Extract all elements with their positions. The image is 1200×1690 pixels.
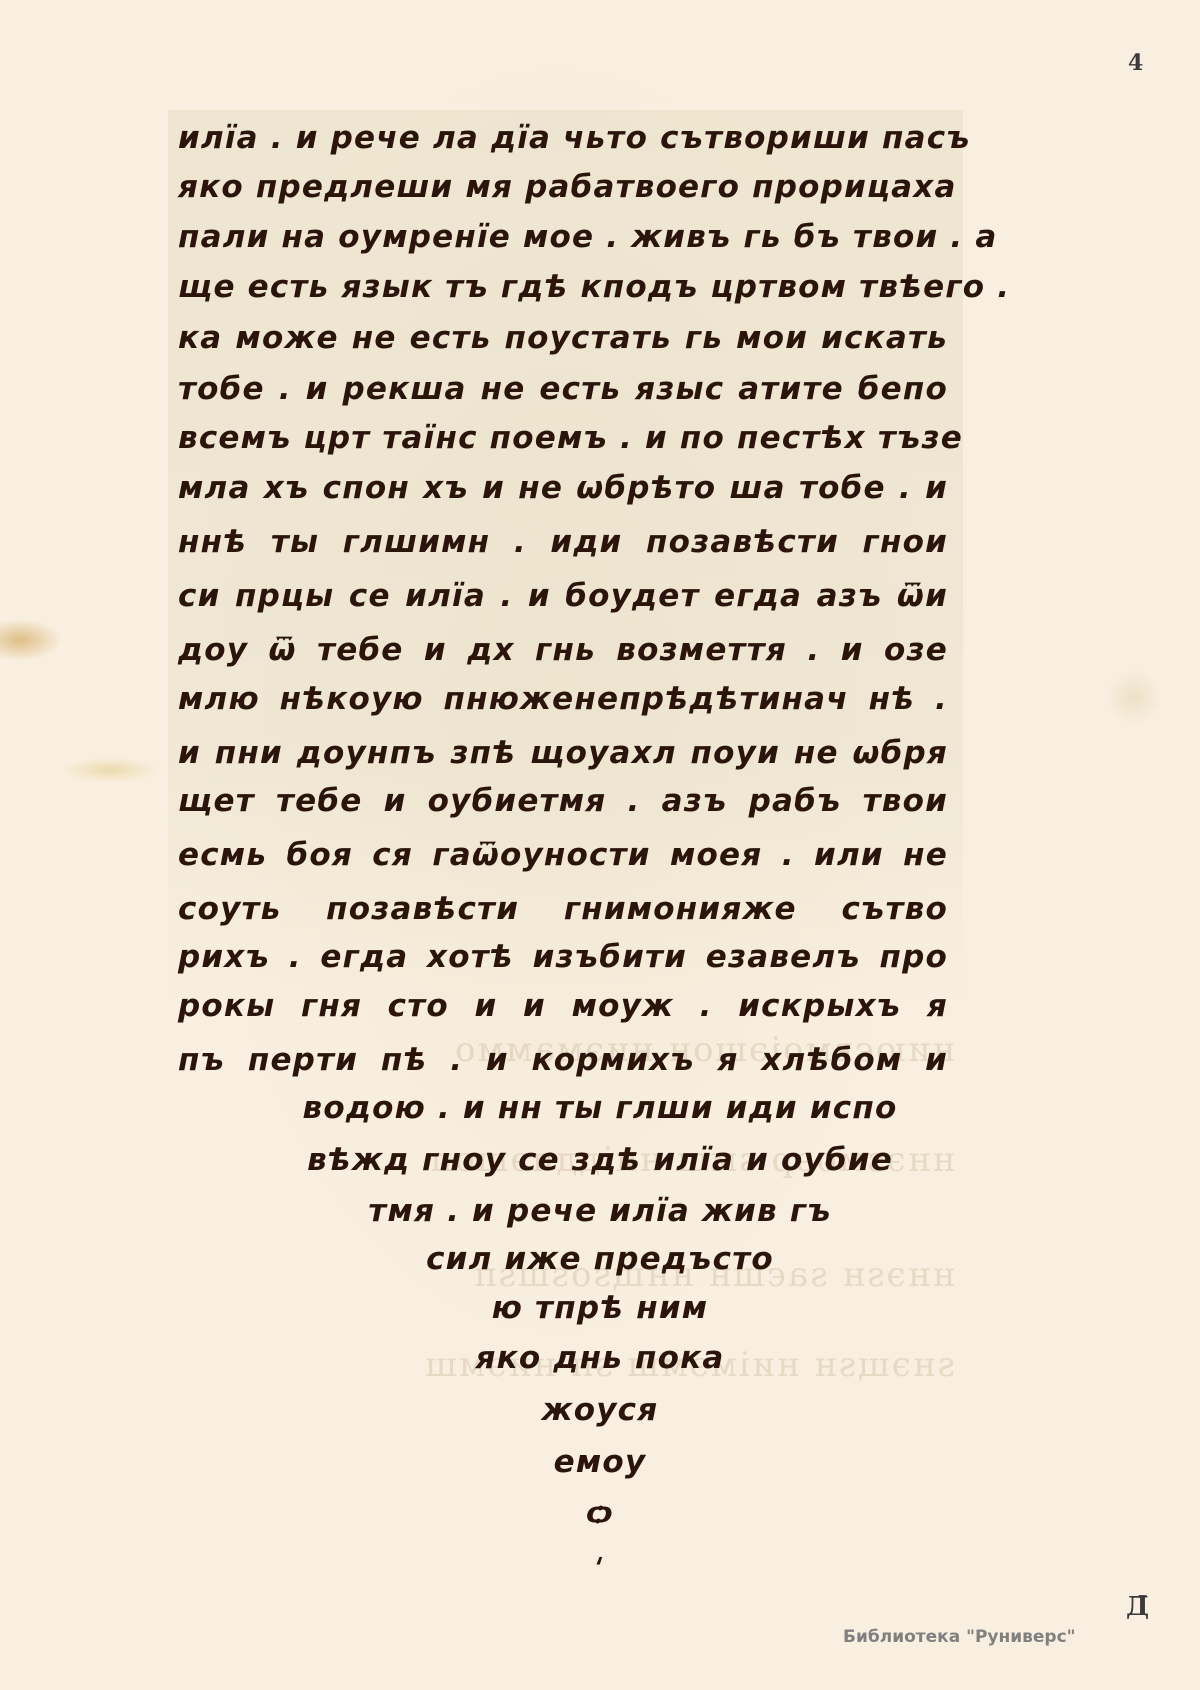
manuscript-line: ю тпрѣ ним [0,1290,1200,1326]
manuscript-line: емоу [0,1444,1200,1480]
manuscript-line: соуть позавѣсти гнимонияже сътво [178,891,948,927]
manuscript-line: тобе . и рекша не есть языс атите бепо [178,371,948,407]
manuscript-line: ѻ [0,1495,1200,1531]
manuscript-line: ка може не есть поустать гь мои искать [178,320,948,356]
manuscript-line: ннѣ ты глшимн . иди позавѣсти гнои [178,524,948,560]
manuscript-line: сил иже предъсто [0,1241,1200,1277]
manuscript-line: и пни доунпъ зпѣ щоуахл поуи не ѡбря [178,735,948,771]
library-label: Библиотека "Руниверс" [843,1627,1076,1647]
manuscript-line: тмя . и рече илїа жив гъ [0,1193,1200,1229]
manuscript-line: яко предлеши мя рабатвоего прорицаха [178,169,948,205]
manuscript-line: вѣжд гноу се здѣ илїа и оубие [0,1142,1200,1178]
manuscript-line: млю нѣкоую пнюженепрѣдѣтинач нѣ . [178,681,948,717]
manuscript-line: яко днь пока [0,1340,1200,1376]
manuscript-line: рихъ . егда хотѣ изъбити езавелъ про [178,939,948,975]
manuscript-line: водою . и нн ты глши иди испо [0,1090,1200,1126]
manuscript-line: есмь боя ся гаѿоуности моея . или не [178,837,948,873]
manuscript-line: доу ѿ тебе и дх гнь возмеття . и озе [178,632,948,668]
manuscript-line: щет тебе и оубиетмя . азъ рабъ твои [178,783,948,819]
manuscript-line: рокы гня сто и и моуж . искрыхъ я [178,988,948,1024]
manuscript-line: ͵ [0,1530,1200,1566]
manuscript-line: пъ перти пѣ . и кормихъ я хлѣбом и [178,1042,948,1078]
manuscript-line: пали на оумренїе мое . живъ гь бъ твои .… [178,219,948,255]
manuscript-line: ще есть язык тъ гдѣ кподъ цртвом твѣего … [178,269,948,305]
manuscript-line: всемъ црт таїнс поемъ . и по пестѣх тъзе [178,420,948,456]
page-number: 4 [1128,50,1143,76]
manuscript-line: мла хъ спон хъ и не ѡбрѣто ша тобе . и [178,470,948,506]
manuscript-line: жоуся [0,1392,1200,1428]
manuscript-line: си прцы се илїа . и боудет егда азъ ѿи [178,578,948,614]
manuscript-line: илїа . и рече ла дїа чьто сътвориши пасъ [178,120,948,156]
folio-mark: Д̄ [1126,1592,1149,1622]
